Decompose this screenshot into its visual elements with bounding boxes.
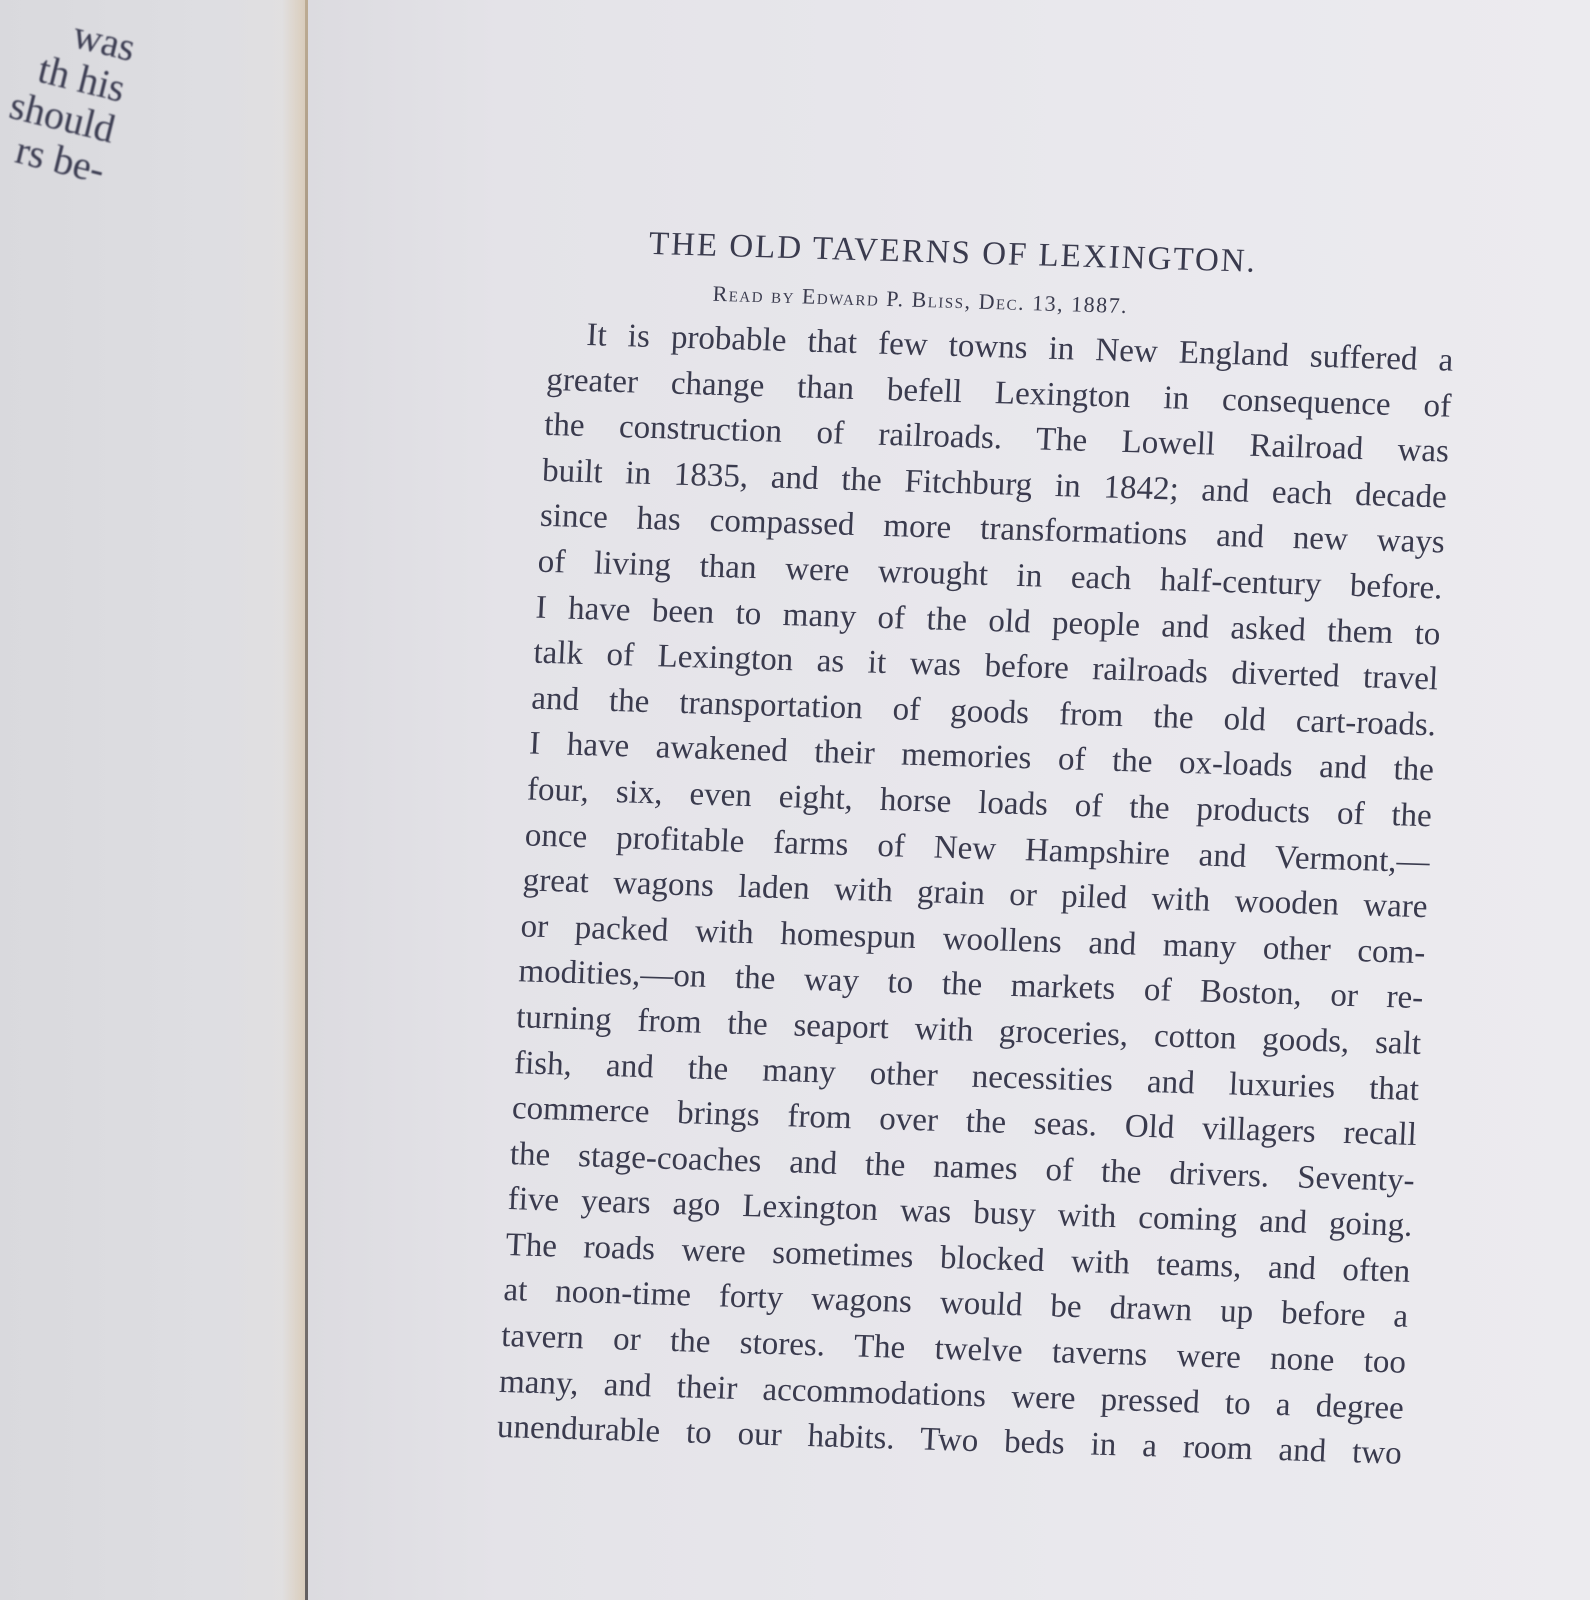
open-book-spread: was th his should rs be- THE OLD TAVERNS… xyxy=(0,0,1590,1600)
left-page-text-fragment: was th his should rs be- xyxy=(0,0,140,191)
right-page: THE OLD TAVERNS OF LEXINGTON. Read by Ed… xyxy=(308,0,1590,1600)
article: THE OLD TAVERNS OF LEXINGTON. Read by Ed… xyxy=(496,220,1514,1479)
article-body: It is probable that few towns in New Eng… xyxy=(496,312,1509,1479)
left-page: was th his should rs be- xyxy=(0,0,306,1600)
article-title: THE OLD TAVERNS OF LEXINGTON. xyxy=(648,223,1514,291)
